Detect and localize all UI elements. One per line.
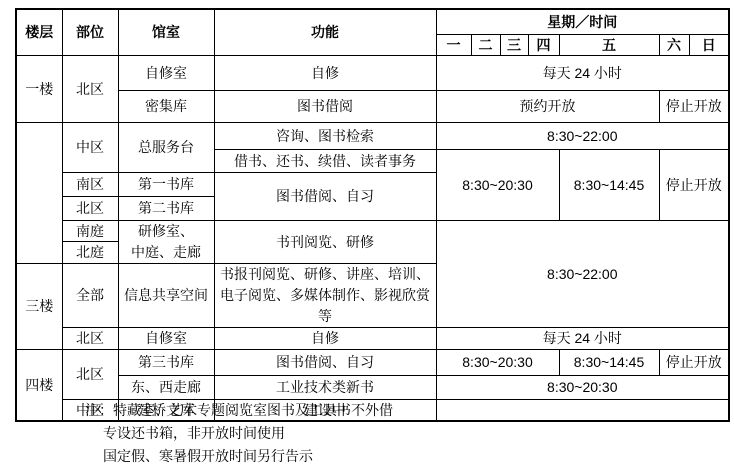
- header-day-sun: 日: [689, 34, 729, 55]
- floor4-time-fri: 8:30~14:45: [559, 349, 659, 375]
- floor2-room-stack2: 第二书库: [118, 196, 214, 220]
- floor2-room-service-desk: 总服务台: [118, 122, 214, 172]
- floor4-room-stack3: 第三书库: [118, 349, 214, 375]
- footnotes: 注：特藏室、艺术专题阅览室图书及工具书不外借 专设还书箱，非开放时间使用 国定假…: [85, 399, 393, 468]
- floor1-section-north: 北区: [62, 55, 118, 122]
- header-day-wed: 三: [500, 34, 528, 55]
- header-day-mon: 一: [436, 34, 471, 55]
- floor3-time-24h: 每天 24 小时: [436, 327, 729, 349]
- schedule-table: 楼层 部位 馆室 功能 星期／时间 一 二 三 四 五 六 日 一楼 北区 自修…: [15, 8, 730, 422]
- floor2-section-south: 南区: [62, 172, 118, 196]
- floor4-section-north: 北区: [62, 349, 118, 399]
- floor2-room-study-court-corridor: 研修室、 中庭、走廊: [118, 220, 214, 263]
- floor2-time-mon-thu: 8:30~20:30: [436, 149, 559, 220]
- floor2-room-stack1: 第一书库: [118, 172, 214, 196]
- header-day-fri: 五: [559, 34, 659, 55]
- library-schedule-page: 楼层 部位 馆室 功能 星期／时间 一 二 三 四 五 六 日 一楼 北区 自修…: [0, 0, 734, 469]
- floor4-room-corridors: 东、西走廊: [118, 375, 214, 399]
- header-week-time: 星期／时间: [436, 9, 729, 34]
- floor1-room-dense-stack: 密集库: [118, 90, 214, 122]
- floor3-section-north: 北区: [62, 327, 118, 349]
- header-floor: 楼层: [16, 9, 62, 55]
- floor4-func-borrow-study: 图书借阅、自习: [214, 349, 436, 375]
- floor2-3-time-common: 8:30~22:00: [436, 220, 729, 327]
- floor2-time-closed: 停止开放: [659, 149, 729, 220]
- floor1-func-self-study: 自修: [214, 55, 436, 90]
- header-day-thu: 四: [528, 34, 559, 55]
- floor4-func-new-books: 工业技术类新书: [214, 375, 436, 399]
- floor4-time-mon-thu: 8:30~20:30: [436, 349, 559, 375]
- floor1-time-reserved: 预约开放: [436, 90, 659, 122]
- floor2-section-north-court: 北庭: [62, 242, 118, 264]
- floor2-func-borrow-study: 图书借阅、自习: [214, 172, 436, 220]
- header-section: 部位: [62, 9, 118, 55]
- floor3-func-self-study: 自修: [214, 327, 436, 349]
- floor1-time-24h: 每天 24 小时: [436, 55, 729, 90]
- header-day-tue: 二: [471, 34, 500, 55]
- floor2-time-service: 8:30~22:00: [436, 122, 729, 149]
- floor4-time-empty: [436, 399, 729, 421]
- floor4-label: 四楼: [16, 349, 62, 421]
- floor4-time-closed: 停止开放: [659, 349, 729, 375]
- floor4-time-corridors: 8:30~20:30: [436, 375, 729, 399]
- header-day-sat: 六: [659, 34, 689, 55]
- footnote-line-3: 国定假、寒暑假开放时间另行告示: [85, 445, 393, 468]
- floor1-func-book-borrow: 图书借阅: [214, 90, 436, 122]
- floor3-room-info-commons: 信息共享空间: [118, 263, 214, 327]
- floor2-label-empty: [16, 122, 62, 263]
- floor2-func-reading-research: 书刊阅览、研修: [214, 220, 436, 263]
- floor3-label: 三楼: [16, 263, 62, 349]
- floor2-func-borrow-return: 借书、还书、续借、读者事务: [214, 149, 436, 172]
- footnote-line-2: 专设还书箱，非开放时间使用: [85, 422, 393, 445]
- floor2-time-fri: 8:30~14:45: [559, 149, 659, 220]
- floor3-section-all: 全部: [62, 263, 118, 327]
- floor2-section-central: 中区: [62, 122, 118, 172]
- floor3-func-commons: 书报刊阅览、研修、讲座、培训、 电子阅览、多媒体制作、影视欣赏等: [214, 263, 436, 327]
- floor2-func-inquiry: 咨询、图书检索: [214, 122, 436, 149]
- floor2-section-south-court: 南庭: [62, 220, 118, 242]
- floor1-label: 一楼: [16, 55, 62, 122]
- footnote-line-1: 注：特藏室、艺术专题阅览室图书及工具书不外借: [85, 399, 393, 422]
- header-room: 馆室: [118, 9, 214, 55]
- floor1-time-closed: 停止开放: [659, 90, 729, 122]
- floor3-room-self-study: 自修室: [118, 327, 214, 349]
- floor1-room-self-study: 自修室: [118, 55, 214, 90]
- floor2-section-north: 北区: [62, 196, 118, 220]
- header-function: 功能: [214, 9, 436, 55]
